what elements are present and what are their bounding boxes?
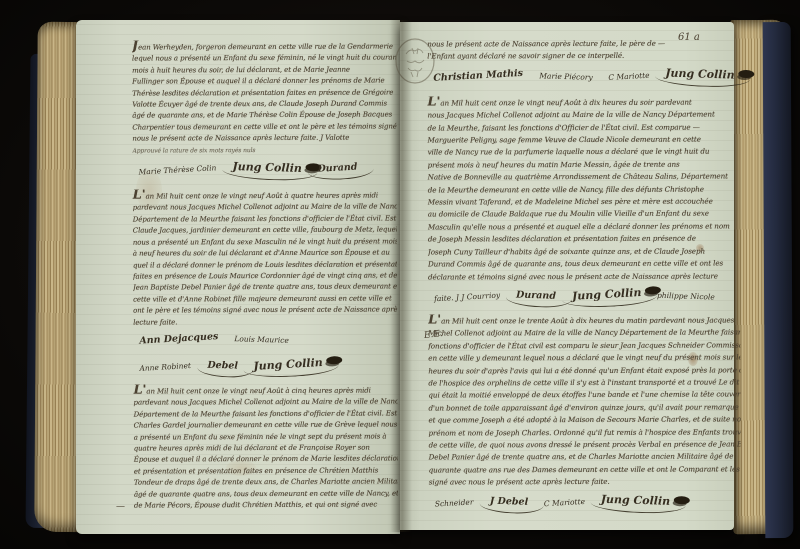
signature: Jung Collin [665,66,735,81]
manuscript-line: Jean Werheyden, forgeron demeurant en ce… [132,39,396,54]
manuscript-line: signé avec nous le présent acte après le… [429,476,741,489]
manuscript-column-left: Jean Werheyden, forgeron demeurant en ce… [132,39,398,512]
signature-row: faite. J J CourrioyDurandJung Collinphil… [428,282,740,310]
manuscript-line: Charles Gardel journalier demeurant en c… [134,420,398,433]
signature: Marie Thérèse Colin [138,163,216,176]
manuscript-line: Jean Baptiste Debel Panier âgé de trente… [133,282,397,295]
manuscript-line: de Joseph Messin lesdites déclaration et… [428,233,740,246]
manuscript-line: Masculin qu'elle nous a présenté et auqu… [428,220,740,233]
signature: Louis Maurice [234,334,289,345]
manuscript-line: Native de Bonneville au quatrième Arrond… [428,171,740,184]
manuscript-line: de la Meurthe, faisant les fonctions d'O… [427,121,739,134]
signature: Durand [317,162,357,175]
page-right: 61 a E.E. nous le présent acte de Naissa… [400,22,734,530]
manuscript-line: Claude Jacques, jardinier demeurant en c… [133,225,397,238]
register-book: Jean Werheyden, forgeron demeurant en ce… [28,14,794,538]
manuscript-line: Tondeur de draps âgé de trente deux ans,… [134,477,398,490]
signature: Ann Dejacques [139,331,219,346]
manuscript-line: Messin vivant Taferand, et de Madeleine … [428,196,740,209]
signature: Christian Mathis [433,68,523,84]
manuscript-line: fonctions d'officier de l'État civil est… [428,339,740,352]
manuscript-line: quarante quatre ans rue des Dames demeur… [429,463,741,476]
signature-row: Ann DejacquesLouis Maurice [133,327,397,353]
signature: philippe Nicole [657,291,715,302]
signature: Jung Collin [253,356,323,373]
manuscript-line: de la Meurthe demeurant en cette ville d… [428,183,740,196]
manuscript-line: Michel Collenot adjoint au Maire de la v… [428,327,740,340]
manuscript-line: pardevant nous Jacques Michel Collenot a… [133,202,397,215]
manuscript-line: L'an Mil huit cent onze le vingt neuf Ao… [427,95,739,109]
manuscript-line: L'an Mil huit cent onze le trente Août à… [428,313,740,327]
manuscript-line: de l'hospice des orphelins de cette vill… [428,376,740,389]
signature: C Mariotte [608,71,650,82]
signature: faite. J J Courrioy [434,290,500,303]
manuscript-line: de Marie Pécors, Épouse dudit Chrétien M… [134,499,398,512]
signature: C Mariotte [544,497,586,508]
manuscript-line: Marguerite Peligny, sage femme Veuve de … [428,133,740,146]
manuscript-line: heures du soir d'après l'avis qui lui a … [428,364,740,377]
manuscript-line: âgé de quarante ans, et de Marie Thérèse… [132,110,396,123]
manuscript-line: Charpentier tous demeurant en cette vill… [132,121,396,134]
manuscript-line: pardevant nous Jacques Michel Collenot a… [134,397,398,410]
page-left: Jean Werheyden, forgeron demeurant en ce… [76,20,400,534]
signature: Schneider [435,497,474,508]
manuscript-line: nous le présent acte de Naissance après … [427,37,739,50]
margin-dash: — [116,502,125,512]
signature: Jung Collin [232,160,302,175]
manuscript-line: présent mois à neuf heures du matin Mari… [428,158,740,171]
manuscript-line: lequel nous a présenté un Enfant du sexe… [132,53,396,66]
signature: Marie Piécory [539,71,593,82]
signature: Durand [516,289,556,301]
manuscript-line: au domicile de Claude Baldaque rue du Mo… [428,208,740,221]
signature-row: Anne RobinetDebelJung Collin [133,352,397,380]
manuscript-line: Durand Commis âgé de quarante ans, tous … [428,258,740,271]
manuscript-line: ont le père et les témoins signé avec no… [133,305,397,318]
book-cover-right [763,22,794,538]
manuscript-column-right: nous le présent acte de Naissance après … [427,37,741,516]
signature: Jung Collin [572,286,642,303]
manuscript-line: Joseph Cuny Tailleur d'habits âgé de soi… [428,245,740,258]
manuscript-line: de cette ville, de quoi nous avons dress… [429,438,741,451]
book-gutter [390,20,412,532]
signature: Anne Robinet [139,361,191,373]
manuscript-line: Épouse et auquel il a déclaré donner le … [134,454,398,467]
manuscript-line: l'Enfant ayant déclaré ne savoir signer … [427,50,739,63]
manuscript-line: nous Jacques Michel Collenot adjoint au … [427,109,739,122]
manuscript-line: déclarante et témoins signé avec nous le… [428,270,740,283]
signature-row: Christian MathisMarie PiécoryC MariotteJ… [427,62,739,90]
manuscript-line: ville de Nancy rue de la parfumerie laqu… [428,146,740,159]
manuscript-line: L'an Mil huit cent onze le vingt neuf Ao… [133,383,397,398]
manuscript-line: Fullinger son Épouse et auquel il a décl… [132,76,396,89]
signature: Jung Collin [601,492,671,507]
manuscript-line: et que comme Joseph a été adopté à la Ma… [428,414,740,427]
signature: J Debel [489,495,528,507]
signature-row: Marie Thérèse ColinJung CollinDurand [132,155,396,183]
manuscript-line: prénom et nom de Joseph Charles. Ordonné… [429,426,741,439]
manuscript-line: Debel Panier âgé de trente quatre ans, e… [429,451,741,464]
manuscript-line: L'an Mil huit cent onze le vingt neuf Ao… [133,188,397,203]
manuscript-line: en cette ville y demeurant lequel nous a… [428,352,740,365]
manuscript-line: à neuf heures du soir de lui déclarant e… [133,248,397,261]
manuscript-line: qui était la moitié enveloppé de deux ét… [428,389,740,402]
photo-background: Jean Werheyden, forgeron demeurant en ce… [0,0,800,549]
signature: Debel [207,360,238,372]
manuscript-line: d'un bonnet de toile apparaissant âgé d'… [428,401,740,414]
signature-row: SchneiderJ DebelC MariotteJung Collin [429,488,741,516]
